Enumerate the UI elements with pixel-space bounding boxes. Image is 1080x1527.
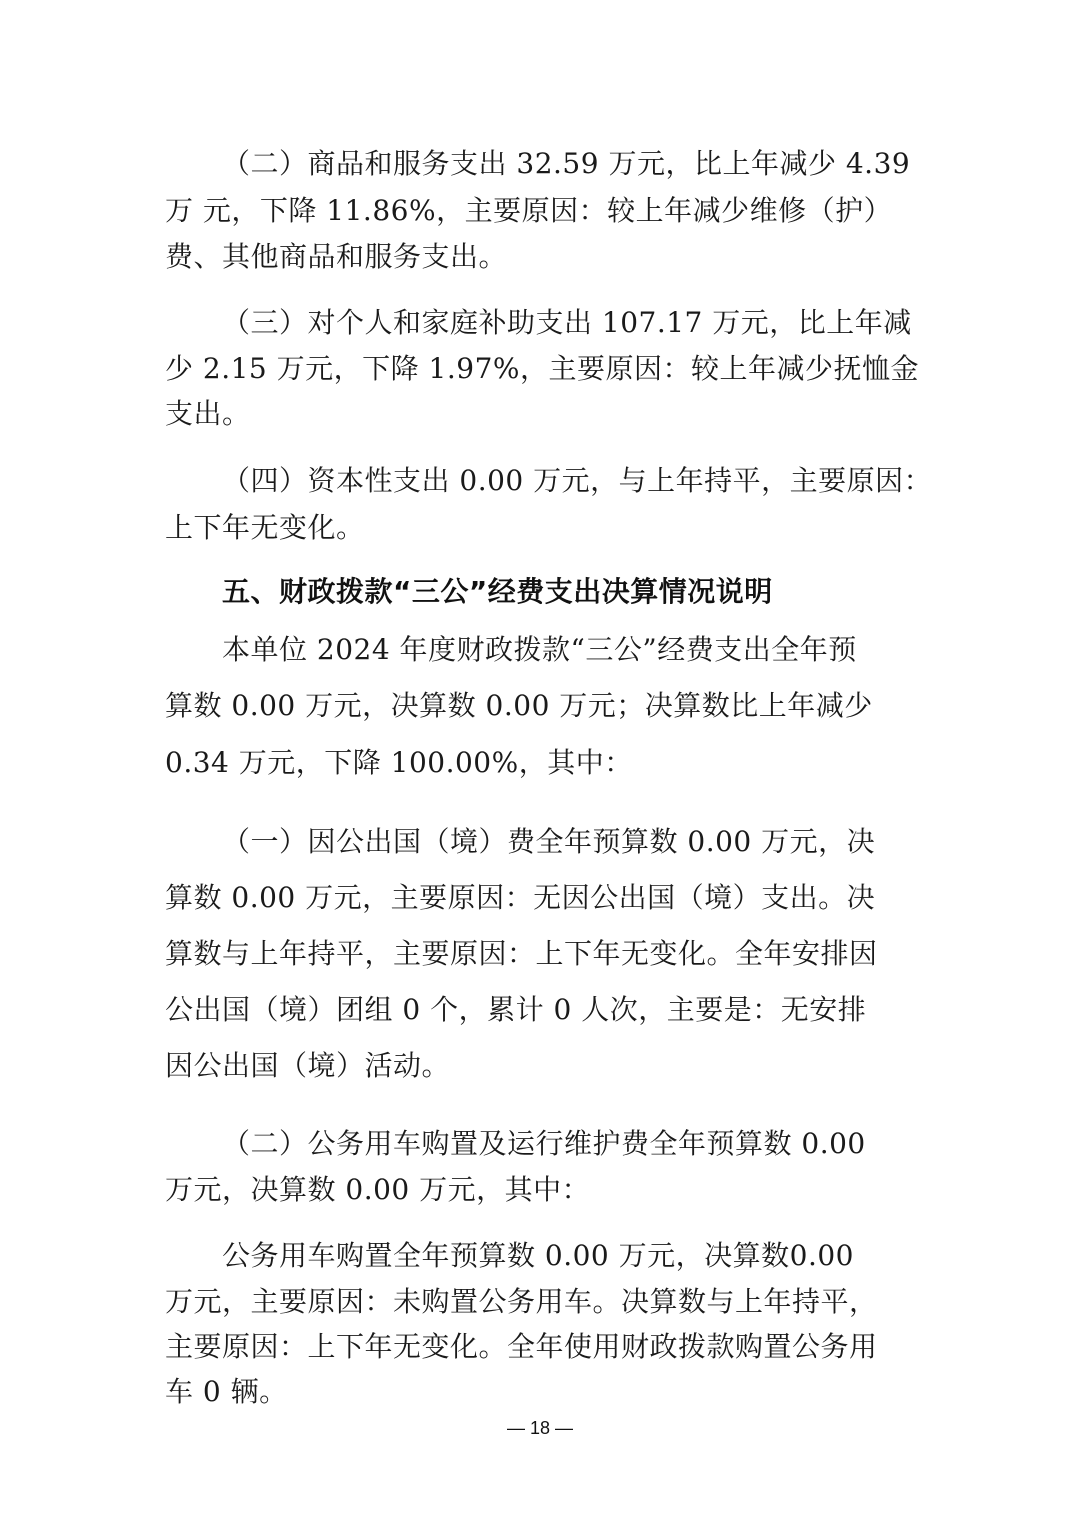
paragraph-line: 算数 0.00 万元，主要原因：无因公出国（境）支出。决 [165,881,875,915]
paragraph-line: （四）资本性支出 0.00 万元，与上年持平，主要原因： [222,464,932,498]
paragraph-line: 0.34 万元，下降 100.00%，其中： [165,746,633,780]
paragraph-line: （二）商品和服务支出 32.59 万元，比上年减少 4.39 [222,147,910,181]
paragraph-line: 主要原因：上下年无变化。全年使用财政拨款购置公务用 [165,1330,878,1364]
paragraph-line: （三）对个人和家庭补助支出 107.17 万元，比上年减 [222,306,912,340]
paragraph-line: 万 元，下降 11.86%，主要原因：较上年减少维修（护） [165,194,892,228]
paragraph-line: 万元，主要原因：未购置公务用车。决算数与上年持平， [165,1285,878,1319]
paragraph-line: 费、其他商品和服务支出。 [165,240,507,274]
section-heading: 五、财政拨款“三公”经费支出决算情况说明 [222,575,773,609]
paragraph-line: 车 0 辆。 [165,1375,288,1409]
paragraph-line: （一）因公出国（境）费全年预算数 0.00 万元，决 [222,825,875,859]
paragraph-line: 公出国（境）团组 0 个，累计 0 人次，主要是：无安排 [165,993,866,1027]
document-page: （二）商品和服务支出 32.59 万元，比上年减少 4.39 万 元，下降 11… [0,0,1080,1527]
paragraph-line: 本单位 2024 年度财政拨款“三公”经费支出全年预 [222,633,857,667]
paragraph-line: 算数与上年持平，主要原因：上下年无变化。全年安排因 [165,937,878,971]
paragraph-line: 万元，决算数 0.00 万元，其中： [165,1173,590,1207]
paragraph-line: 支出。 [165,397,251,431]
paragraph-line: （二）公务用车购置及运行维护费全年预算数 0.00 [222,1127,866,1161]
paragraph-line: 上下年无变化。 [165,511,365,545]
paragraph-line: 算数 0.00 万元，决算数 0.00 万元；决算数比上年减少 [165,689,873,723]
page-number: — 18 — [0,1418,1080,1439]
paragraph-line: 少 2.15 万元，下降 1.97%，主要原因：较上年减少抚恤金 [165,352,919,386]
paragraph-line: 因公出国（境）活动。 [165,1049,450,1083]
paragraph-line: 公务用车购置全年预算数 0.00 万元，决算数0.00 [222,1239,854,1273]
